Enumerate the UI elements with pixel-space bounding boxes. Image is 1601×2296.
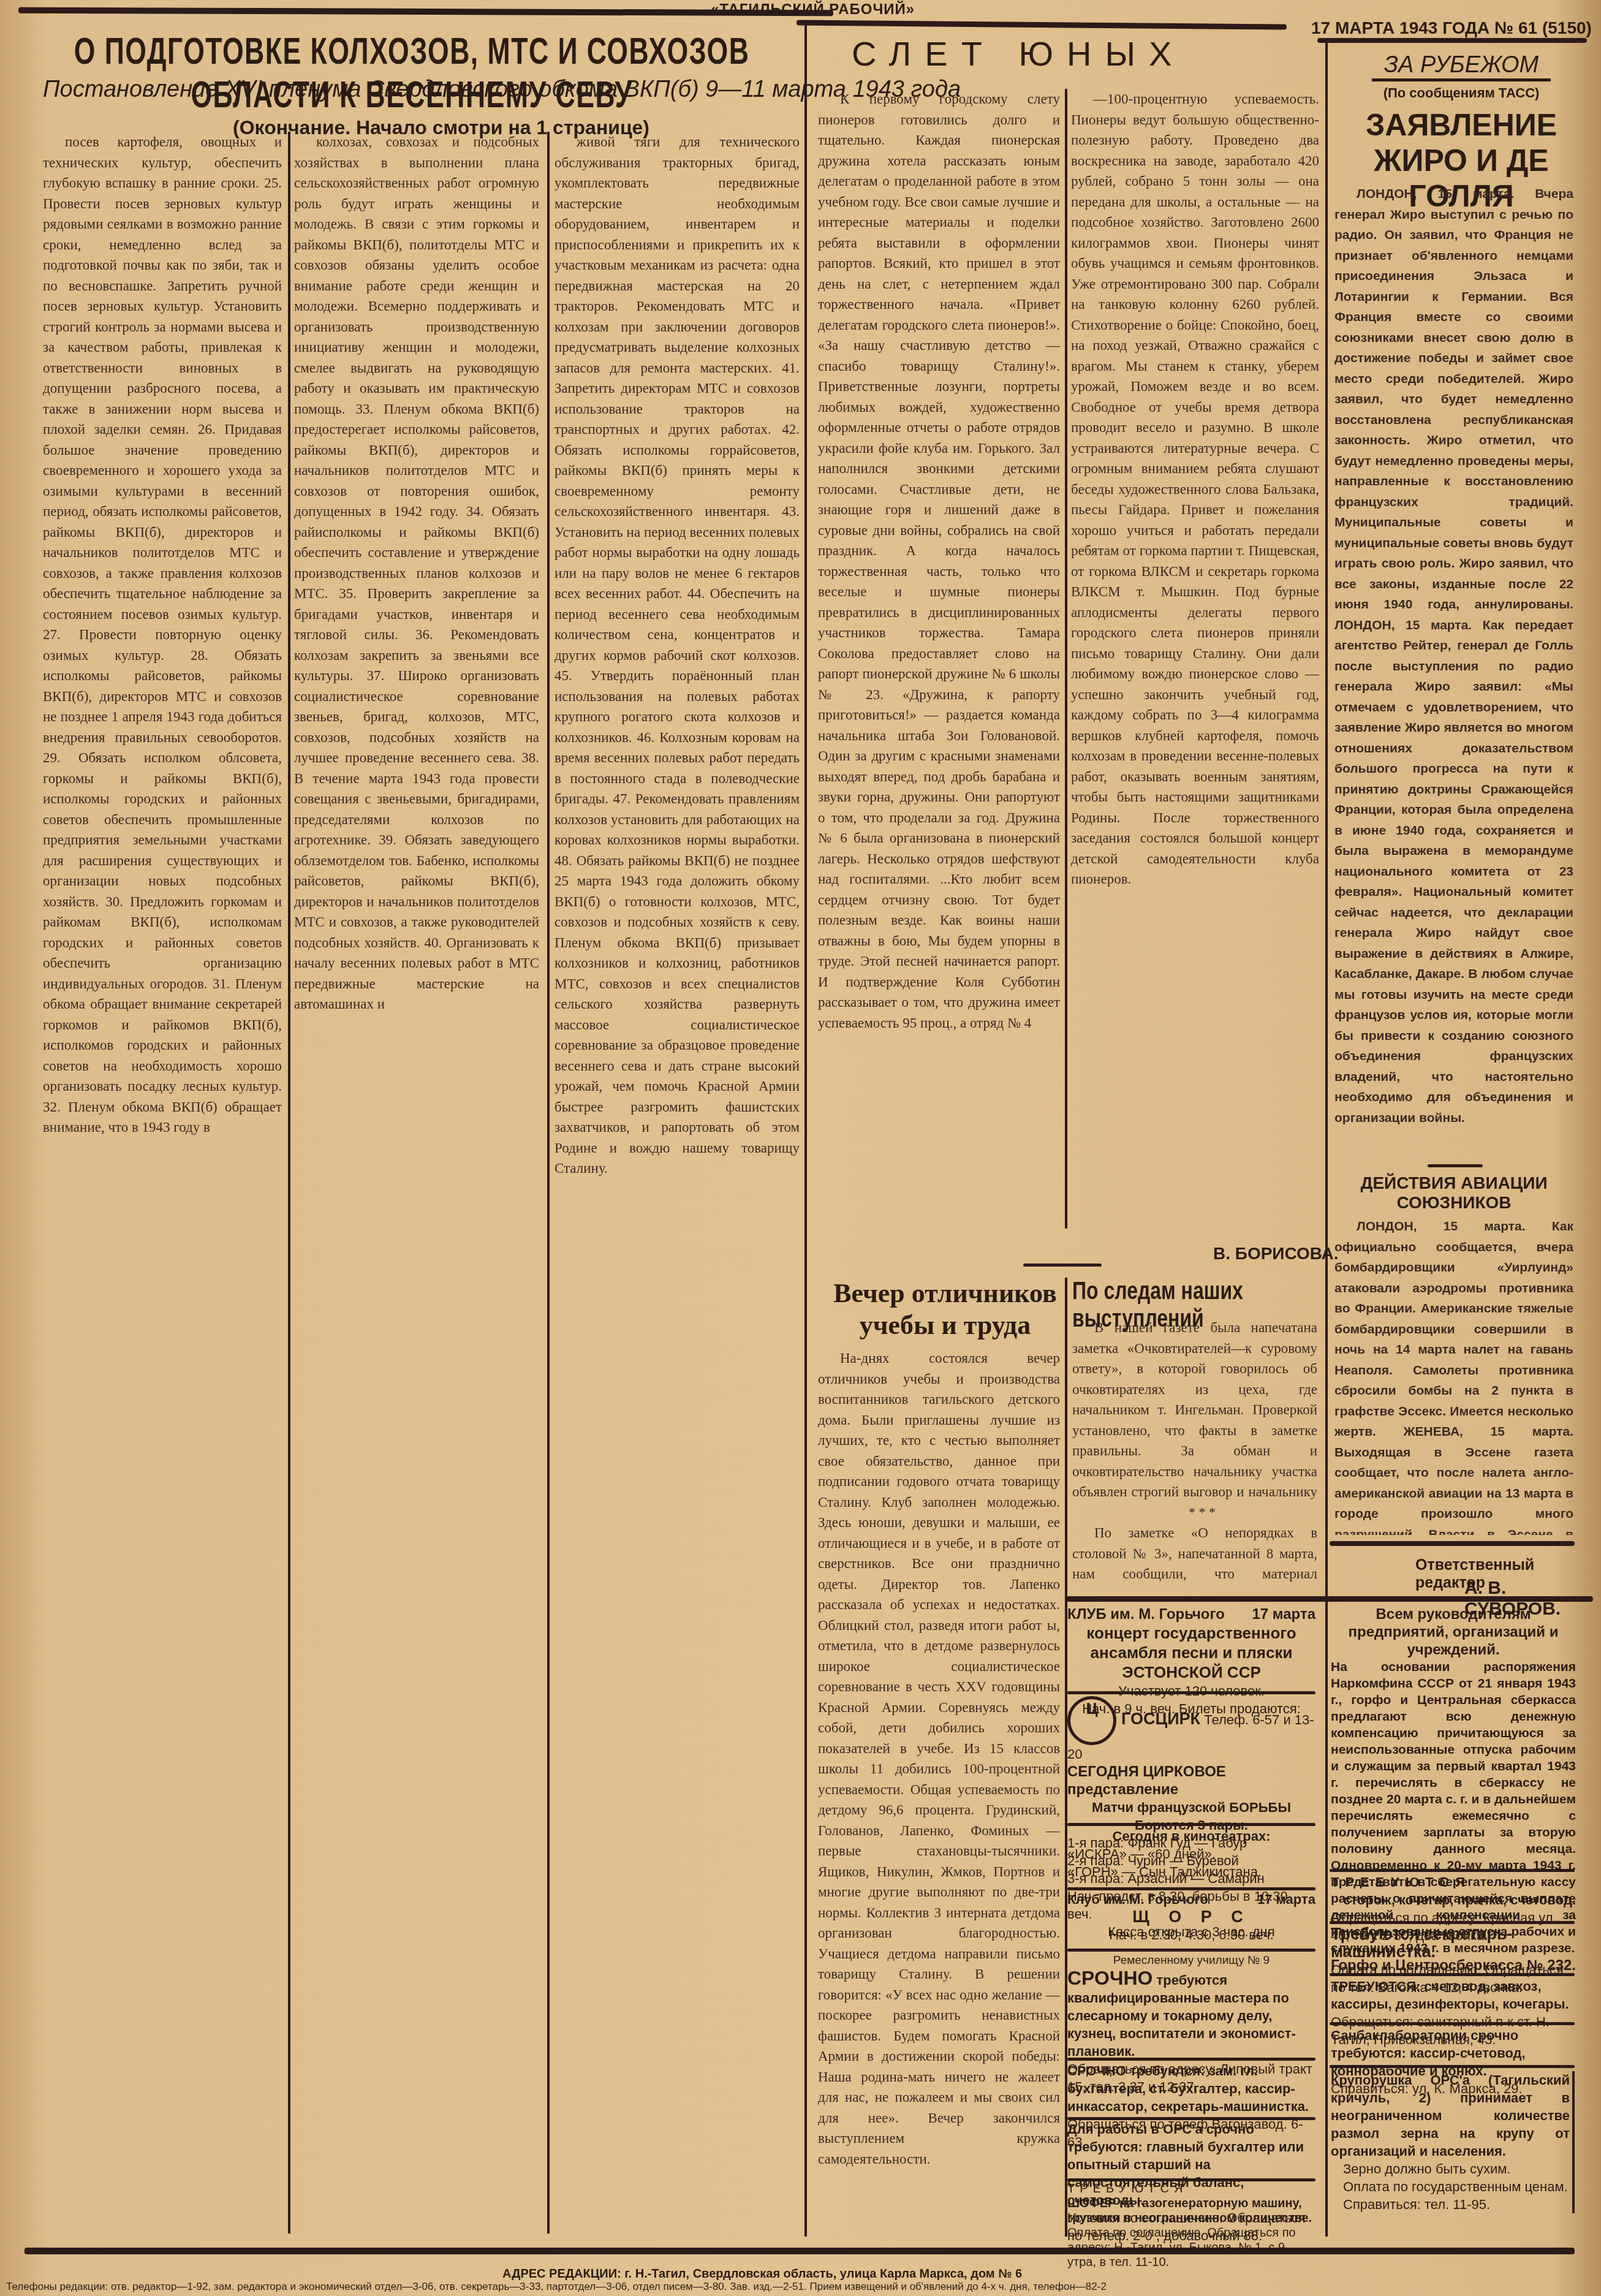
newspaper-page: «ТАГИЛЬСКИЙ РАБОЧИЙ» 17 МАРТА 1943 ГОДА … [0, 0, 1601, 2296]
mill-ad: Крупорушка ОРС'а (Тагильский кричуль, 2)… [1331, 2071, 1575, 2213]
circus-line1: Матчи французской БОРЬБЫ [1067, 1798, 1315, 1816]
lead-column-3: живой тяги для технического обслуживания… [554, 132, 800, 2233]
club-film-ad: Клуб им. М. Горьчого17 марта Щ О Р С Нач… [1067, 1890, 1315, 1944]
aviation-headline: ДЕЙСТВИЯ АВИАЦИИ СОЮЗНИКОВ [1334, 1173, 1573, 1213]
pioneers-column-2: —100-процентную успеваемость. Пионеры ве… [1071, 89, 1319, 1210]
concert-title: концерт государственного ансамбля песни … [1067, 1623, 1315, 1682]
footer-address: АДРЕС РЕДАКЦИИ: г. Н.-Тагил, Свердловска… [502, 2267, 1022, 2281]
abroad-kicker: ЗА РУБЕЖОМ [1372, 52, 1551, 81]
club-date: 17 марта [1257, 1890, 1315, 1908]
mill-contact: Справиться: тел. 11-95. [1331, 2196, 1570, 2213]
rule [1067, 2058, 1315, 2061]
club-film-title: Щ О Р С [1067, 1908, 1315, 1926]
column-divider [1325, 43, 1328, 2237]
aviation-body: ЛОНДОН, 15 марта. Как официально сообщае… [1334, 1216, 1573, 1535]
circus-headline: СЕГОДНЯ ЦИРКОВОЕ представление [1067, 1763, 1315, 1798]
concert-date: 17 марта [1252, 1605, 1315, 1623]
rule [1330, 1541, 1575, 1546]
footer-phones: Телефоны редакции: отв. редактор—1-92, з… [6, 2281, 1107, 2293]
rule [1330, 2022, 1575, 2025]
cinema-ad: Сегодня в кинотеатрах: «ИСКРА» — «60 дне… [1067, 1827, 1315, 1881]
pioneers-column-1: К первому городскому слету пионеров гото… [818, 89, 1060, 1222]
school9-urgent: СРОЧНО [1067, 1967, 1152, 1989]
separator: * * * [1189, 1504, 1216, 1520]
sanitary-text: ТРЕБУЮТСЯ: счетовод, завхоз, кассиры, де… [1331, 1977, 1576, 2013]
circus-name: ГОСЦИРК [1121, 1710, 1200, 1728]
rule [1330, 1869, 1575, 1872]
driver-kicker: ТРЕБУЮТСЯ [1067, 2181, 1315, 2196]
mill-text: Крупорушка ОРС'а (Тагильский кричуль, 2)… [1331, 2071, 1570, 2160]
pioneers-headline: СЛЕТ ЮНЫХ [852, 34, 1185, 74]
cinema-item: «ГОРН» — Сын Таджикистана. [1067, 1863, 1315, 1881]
excellence-headline: Вечер отличников учебы и труда [824, 1278, 1066, 1341]
club-venue: Клуб им. М. Горьчого [1067, 1890, 1208, 1908]
rule [1330, 1921, 1575, 1924]
pioneers-signature: В. БОРИСОВА. [1213, 1244, 1339, 1264]
circus-emblem-icon: Ц [1067, 1696, 1116, 1745]
follow-up-body: В нашей газете была напечатана заметка «… [1072, 1317, 1317, 1501]
club-film-times: Нач. в 2.30, 4.30, 6.30 веч. [1067, 1926, 1315, 1944]
rule [1023, 1264, 1072, 1267]
tass-source: (По сообщениям ТАСС) [1345, 85, 1578, 101]
issue-date: 17 МАРТА 1943 ГОДА № 61 (5150) [1311, 18, 1592, 38]
lead-column-2: колхозах, совхозах и подсобных хозяйства… [294, 132, 539, 2233]
notice-title: Всем руководителям предприятий, организа… [1331, 1605, 1576, 1659]
rule [1071, 1264, 1102, 1267]
driver-ad: ТРЕБУЮТСЯ ШОФЕР на газогенераторную маши… [1067, 2181, 1315, 2270]
accountants-text: СРОЧНО требуются: зам. гл. бухгалтера, с… [1067, 2062, 1315, 2115]
column-divider [288, 132, 290, 2233]
mill-line2: Зерно должно быть сухим. [1331, 2160, 1570, 2178]
abroad-body: ЛОНДОН, 15 марта. Вчера генерал Жиро выс… [1334, 184, 1573, 1155]
top-rule-right [797, 20, 1287, 30]
column-divider [804, 25, 807, 2237]
watchman-kicker: ТРЕБУЮТСЯ [1331, 1873, 1576, 1891]
mill-line3: Оплата по государственным ценам. [1331, 2178, 1570, 2196]
lead-column-1: посев картофеля, овощных и технических к… [43, 132, 282, 2233]
follow-up-note: По заметке «О непорядках в столовой № 3»… [1072, 1523, 1317, 1587]
watchman-text: сторож, кочегар, прачка, счетовод. [1331, 1891, 1576, 1909]
column-divider [1065, 89, 1067, 1229]
driver-text: ШОФЕР на газогенераторную машину, грузчи… [1067, 2196, 1315, 2226]
excellence-body: На-днях состоялся вечер отличников учебы… [818, 1348, 1060, 2237]
column-divider [547, 132, 550, 2233]
cinema-item: «ИСКРА» — «60 дней». [1067, 1845, 1315, 1863]
top-rule-date [1317, 38, 1587, 43]
rule [1067, 1823, 1315, 1826]
lead-headline: О ПОДГОТОВКЕ КОЛХОЗОВ, МТС И СОВХОЗОВ ОБ… [37, 29, 787, 116]
bottom-rule [25, 2248, 1575, 2254]
rule [1330, 2065, 1575, 2068]
rule [1428, 1164, 1483, 1167]
cinema-title: Сегодня в кинотеатрах: [1067, 1827, 1315, 1845]
concert-venue: КЛУБ им. М. Горьчого [1067, 1605, 1225, 1623]
typist-text: Требуются секретарь-машинистка. [1331, 1925, 1576, 1961]
rule [1330, 1973, 1575, 1976]
rule [1067, 1691, 1315, 1694]
ads-top-rule [1066, 1596, 1593, 1602]
newspaper-name: «ТАГИЛЬСКИЙ РАБОЧИЙ» [711, 1, 915, 18]
